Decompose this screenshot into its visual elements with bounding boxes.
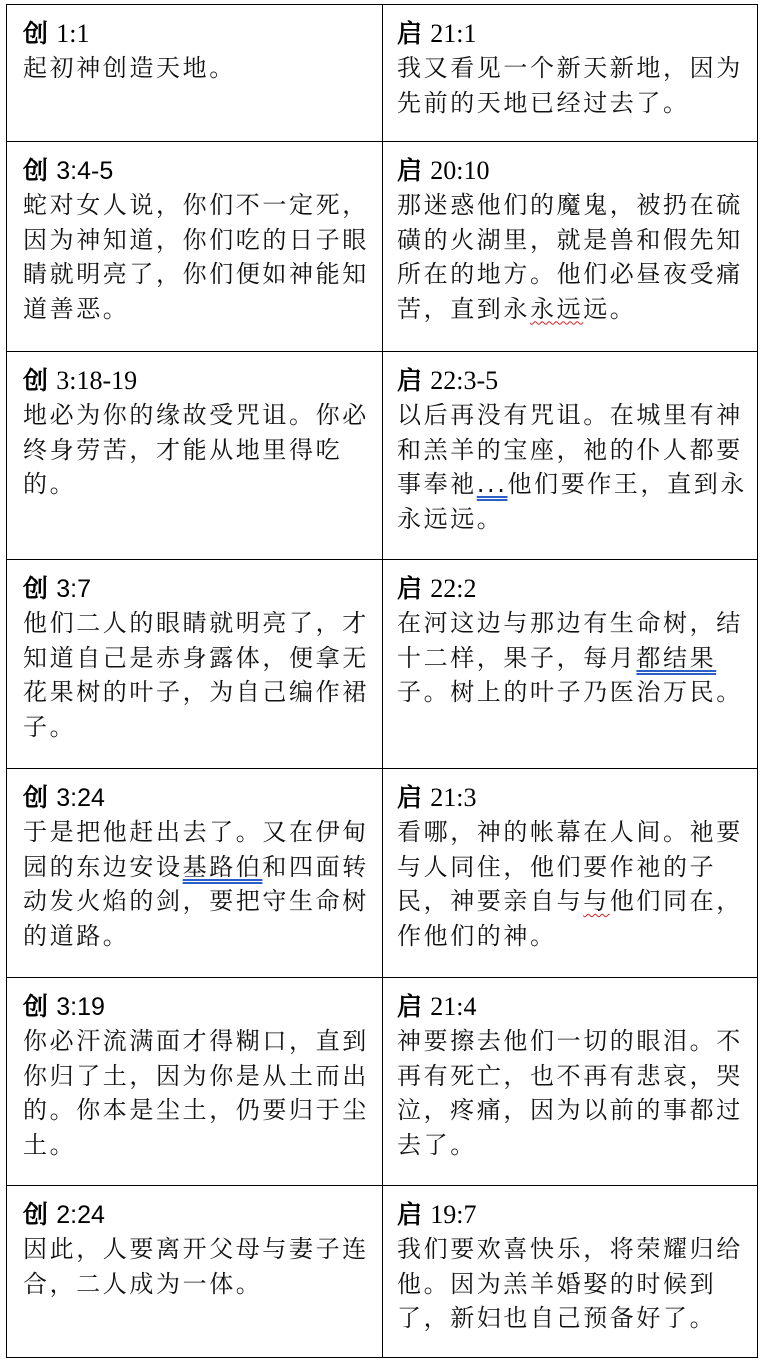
genesis-cell[interactable]: 创 3:18-19 地必为你的缘故受咒诅。你必终身劳苦，才能从地里得吃的。 xyxy=(7,352,383,560)
genesis-cell[interactable]: 创 3:24 于是把他赶出去了。又在伊甸园的东边安设基路伯和四面转动发火焰的剑，… xyxy=(7,769,383,978)
verse-text: 在河这边与那边有生命树，结十二样，果子，每月都结果子。树上的叶子乃医治万民。 xyxy=(397,606,747,710)
verse-reference: 启 21:1 xyxy=(397,17,747,51)
verse-text: 地必为你的缘故受咒诅。你必终身劳苦，才能从地里得吃的。 xyxy=(23,398,372,502)
verse-reference: 创 1:1 xyxy=(23,17,372,51)
verse-reference: 创 3:18-19 xyxy=(23,364,372,398)
book-abbrev: 创 xyxy=(23,783,48,812)
book-abbrev: 启 xyxy=(397,19,422,48)
genesis-cell[interactable]: 创 3:19 你必汗流满面才得糊口，直到你归了土，因为你是从土而出的。你本是尘土… xyxy=(7,978,383,1186)
book-abbrev: 启 xyxy=(397,992,422,1021)
table-row: 创 3:19 你必汗流满面才得糊口，直到你归了土，因为你是从土而出的。你本是尘土… xyxy=(7,978,758,1186)
book-abbrev: 创 xyxy=(23,156,48,185)
book-abbrev: 创 xyxy=(23,19,48,48)
chapter-verse: 20:10 xyxy=(430,156,489,185)
chapter-verse: 21:1 xyxy=(430,19,476,48)
verse-comparison-table: 创 1:1 起初神创造天地。 启 21:1 我又看见一个新天新地，因为先前的天地… xyxy=(6,4,758,1358)
book-abbrev: 创 xyxy=(23,574,48,603)
revelation-cell[interactable]: 启 19:7 我们要欢喜快乐，将荣耀归给他。因为羔羊婚娶的时候到了，新妇也自己预… xyxy=(383,1186,758,1358)
chapter-verse: 3:19 xyxy=(56,993,105,1021)
chapter-verse: 21:4 xyxy=(430,992,476,1021)
genesis-cell[interactable]: 创 2:24 因此，人要离开父母与妻子连合，二人成为一体。 xyxy=(7,1186,383,1358)
spelling-error-mark[interactable]: 永远 xyxy=(530,295,583,323)
verse-reference: 启 22:3-5 xyxy=(397,364,747,398)
spelling-error-mark[interactable]: 与 xyxy=(583,887,610,915)
table-row: 创 3:18-19 地必为你的缘故受咒诅。你必终身劳苦，才能从地里得吃的。 启 … xyxy=(7,352,758,560)
table-row: 创 2:24 因此，人要离开父母与妻子连合，二人成为一体。 启 19:7 我们要… xyxy=(7,1186,758,1358)
grammar-mark[interactable]: 基路伯 xyxy=(183,853,263,881)
chapter-verse: 3:7 xyxy=(56,575,91,603)
verse-text: 以后再没有咒诅。在城里有神和羔羊的宝座，祂的仆人都要事奉祂...他们要作王，直到… xyxy=(397,398,747,536)
verse-text: 蛇对女人说，你们不一定死，因为神知道，你们吃的日子眼睛就明亮了，你们便如神能知道… xyxy=(23,188,372,326)
genesis-cell[interactable]: 创 3:4-5 蛇对女人说，你们不一定死，因为神知道，你们吃的日子眼睛就明亮了，… xyxy=(7,142,383,352)
verse-text: 那迷惑他们的魔鬼，被扔在硫磺的火湖里，就是兽和假先知所在的地方。他们必昼夜受痛苦… xyxy=(397,188,747,326)
revelation-cell[interactable]: 启 22:2 在河这边与那边有生命树，结十二样，果子，每月都结果子。树上的叶子乃… xyxy=(383,560,758,769)
verse-text: 我又看见一个新天新地，因为先前的天地已经过去了。 xyxy=(397,51,747,120)
verse-reference: 创 3:4-5 xyxy=(23,154,372,188)
text-segment: 子。树上的叶子乃医治万民。 xyxy=(397,678,743,706)
genesis-cell[interactable]: 创 3:7 他们二人的眼睛就明亮了，才知道自己是赤身露体，便拿无花果树的叶子，为… xyxy=(7,560,383,769)
verse-reference: 启 22:2 xyxy=(397,572,747,606)
book-abbrev: 启 xyxy=(397,1200,422,1229)
table-row: 创 3:24 于是把他赶出去了。又在伊甸园的东边安设基路伯和四面转动发火焰的剑，… xyxy=(7,769,758,978)
text-segment: 远。 xyxy=(583,295,636,323)
genesis-cell[interactable]: 创 1:1 起初神创造天地。 xyxy=(7,5,383,142)
verse-reference: 创 3:19 xyxy=(23,990,372,1024)
revelation-cell[interactable]: 启 20:10 那迷惑他们的魔鬼，被扔在硫磺的火湖里，就是兽和假先知所在的地方。… xyxy=(383,142,758,352)
chapter-verse: 3:24 xyxy=(56,784,105,812)
book-abbrev: 创 xyxy=(23,992,48,1021)
book-abbrev: 启 xyxy=(397,366,422,395)
verse-text: 因此，人要离开父母与妻子连合，二人成为一体。 xyxy=(23,1232,372,1301)
verse-reference: 创 3:7 xyxy=(23,572,372,606)
chapter-verse: 21:3 xyxy=(430,783,476,812)
book-abbrev: 启 xyxy=(397,783,422,812)
verse-text: 神要擦去他们一切的眼泪。不再有死亡，也不再有悲哀，哭泣，疼痛，因为以前的事都过去… xyxy=(397,1024,747,1162)
verse-reference: 创 3:24 xyxy=(23,781,372,815)
chapter-verse: 2:24 xyxy=(56,1201,105,1229)
chapter-verse: 22:3-5 xyxy=(430,366,498,395)
table-row: 创 3:7 他们二人的眼睛就明亮了，才知道自己是赤身露体，便拿无花果树的叶子，为… xyxy=(7,560,758,769)
verse-reference: 创 2:24 xyxy=(23,1198,372,1232)
verse-text: 你必汗流满面才得糊口，直到你归了土，因为你是从土而出的。你本是尘土，仍要归于尘土… xyxy=(23,1024,372,1162)
table-row: 创 1:1 起初神创造天地。 启 21:1 我又看见一个新天新地，因为先前的天地… xyxy=(7,5,758,142)
verse-text: 我们要欢喜快乐，将荣耀归给他。因为羔羊婚娶的时候到了，新妇也自己预备好了。 xyxy=(397,1232,747,1336)
verse-reference: 启 19:7 xyxy=(397,1198,747,1232)
grammar-mark[interactable]: 都结果 xyxy=(636,644,716,672)
book-abbrev: 启 xyxy=(397,156,422,185)
chapter-verse: 3:18-19 xyxy=(56,366,137,395)
book-abbrev: 创 xyxy=(23,366,48,395)
verse-text: 起初神创造天地。 xyxy=(23,51,372,86)
revelation-cell[interactable]: 启 22:3-5 以后再没有咒诅。在城里有神和羔羊的宝座，祂的仆人都要事奉祂..… xyxy=(383,352,758,560)
revelation-cell[interactable]: 启 21:3 看哪，神的帐幕在人间。祂要与人同住，他们要作祂的子民，神要亲自与与… xyxy=(383,769,758,978)
revelation-cell[interactable]: 启 21:1 我又看见一个新天新地，因为先前的天地已经过去了。 xyxy=(383,5,758,142)
verse-reference: 启 21:4 xyxy=(397,990,747,1024)
verse-text: 于是把他赶出去了。又在伊甸园的东边安设基路伯和四面转动发火焰的剑，要把守生命树的… xyxy=(23,815,372,953)
revelation-cell[interactable]: 启 21:4 神要擦去他们一切的眼泪。不再有死亡，也不再有悲哀，哭泣，疼痛，因为… xyxy=(383,978,758,1186)
verse-text: 看哪，神的帐幕在人间。祂要与人同住，他们要作祂的子民，神要亲自与与他们同在，作他… xyxy=(397,815,747,953)
grammar-mark[interactable]: ... xyxy=(477,470,508,498)
chapter-verse: 3:4-5 xyxy=(56,157,113,185)
chapter-verse: 1:1 xyxy=(56,19,89,48)
chapter-verse: 19:7 xyxy=(430,1200,476,1229)
verse-text: 他们二人的眼睛就明亮了，才知道自己是赤身露体，便拿无花果树的叶子，为自己编作裙子… xyxy=(23,606,372,744)
verse-reference: 启 20:10 xyxy=(397,154,747,188)
table-row: 创 3:4-5 蛇对女人说，你们不一定死，因为神知道，你们吃的日子眼睛就明亮了，… xyxy=(7,142,758,352)
verse-reference: 启 21:3 xyxy=(397,781,747,815)
book-abbrev: 启 xyxy=(397,574,422,603)
book-abbrev: 创 xyxy=(23,1200,48,1229)
chapter-verse: 22:2 xyxy=(430,574,476,603)
